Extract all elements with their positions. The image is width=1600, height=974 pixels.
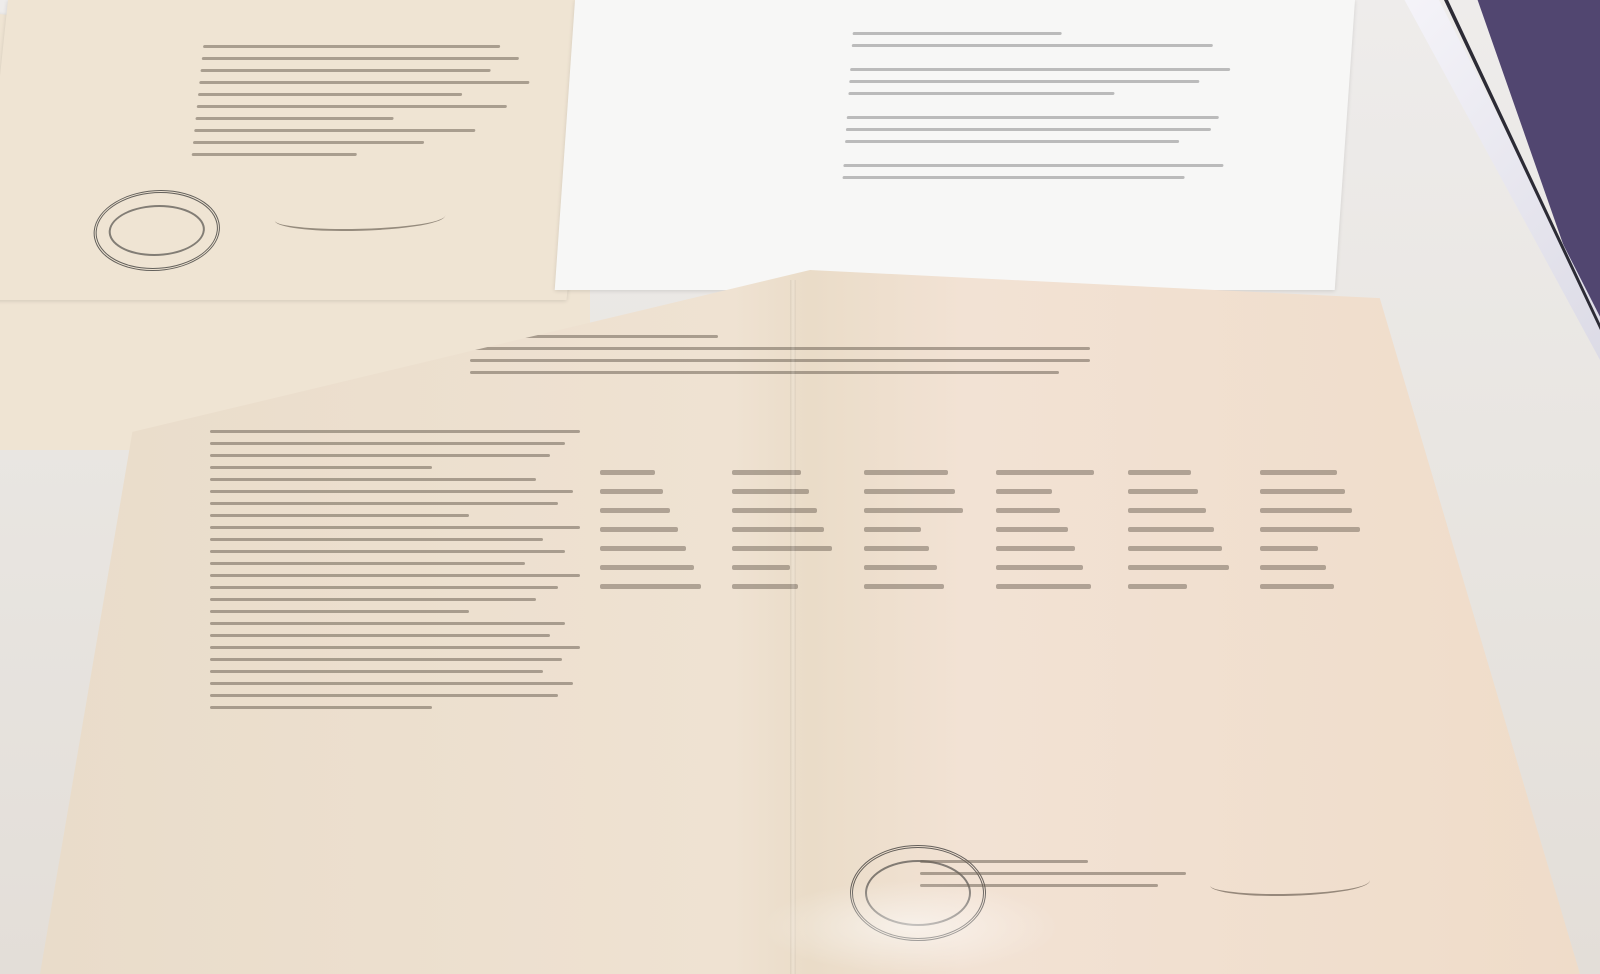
table-cell [1260,527,1360,532]
table-cell [996,584,1091,589]
table-cell [1128,565,1229,570]
text-line [210,526,580,529]
table-cell [732,527,824,532]
text-line [193,141,424,144]
seal-stamp-inner [106,205,207,256]
text-line [920,872,1186,875]
text-line [842,176,1184,179]
text-line [210,658,562,661]
table-cell [864,508,963,513]
text-line [210,550,565,553]
table-cell [1128,489,1198,494]
table-cell [864,527,921,532]
text-line [843,164,1223,167]
table-cell [732,565,790,570]
printed-label [555,0,1355,290]
table-cell [996,489,1052,494]
text-line [198,93,462,96]
table-cell [1260,565,1326,570]
ledger-signature [1210,870,1370,896]
table-cell [1128,546,1222,551]
table-cell [864,546,929,551]
table-cell [996,470,1094,475]
text-line [210,514,469,517]
table-cell [864,584,944,589]
letter-document [0,0,598,300]
table-cell [1260,489,1345,494]
text-line [846,128,1211,131]
text-line [210,646,580,649]
text-line [470,359,1090,362]
ledger-fold-crease [790,280,796,974]
text-line [200,69,491,72]
table-cell [600,546,686,551]
text-line [848,92,1114,95]
text-line [210,466,432,469]
table-cell [600,565,694,570]
text-line [197,105,508,108]
text-line [847,116,1220,119]
text-line [852,44,1213,47]
letter-text-block [191,45,534,165]
text-line [194,129,475,132]
text-line [845,140,1180,143]
text-line [850,68,1230,71]
table-cell [864,565,937,570]
text-line [203,45,500,48]
table-cell [996,527,1068,532]
table-cell [600,489,663,494]
table-cell [1260,546,1318,551]
text-line [210,610,469,613]
text-line [210,622,565,625]
text-line [210,442,565,445]
text-line [210,478,536,481]
table-cell [996,546,1075,551]
text-line [210,538,543,541]
signature [274,205,447,231]
seal-stamp [90,190,225,271]
text-line [210,454,550,457]
table-cell [1260,584,1334,589]
text-line [210,490,573,493]
text-line [210,562,525,565]
table-cell [1128,527,1214,532]
text-line [210,586,558,589]
table-cell [732,489,809,494]
text-line [195,117,393,120]
text-line [853,32,1062,35]
text-line [920,860,1088,863]
text-line [210,706,432,709]
table-cell [600,508,670,513]
text-line [210,574,580,577]
text-line [210,670,543,673]
text-line [202,57,519,60]
text-line [210,598,536,601]
table-cell [864,470,948,475]
table-cell [1260,470,1337,475]
ledger-header-block [470,335,1090,383]
table-cell [732,508,817,513]
text-line [210,682,573,685]
table-cell [600,470,655,475]
table-cell [1128,584,1187,589]
text-line [210,502,558,505]
table-cell [600,527,678,532]
table-cell [732,584,798,589]
text-line [210,694,558,697]
table-cell [864,489,955,494]
ledger-table [600,470,1370,589]
label-text-block [842,32,1233,188]
text-line [210,634,550,637]
text-line [210,430,580,433]
table-cell [732,546,832,551]
text-line [192,153,357,156]
table-cell [1260,508,1352,513]
text-line [199,81,529,84]
text-line [849,80,1199,83]
museum-display-photo [0,0,1600,974]
ledger-left-column [210,430,580,718]
table-cell [1128,470,1191,475]
table-cell [1128,508,1206,513]
text-line [470,371,1059,374]
text-line [470,347,1090,350]
table-cell [996,508,1060,513]
table-cell [996,565,1083,570]
glass-glare [760,880,1060,974]
table-cell [600,584,701,589]
